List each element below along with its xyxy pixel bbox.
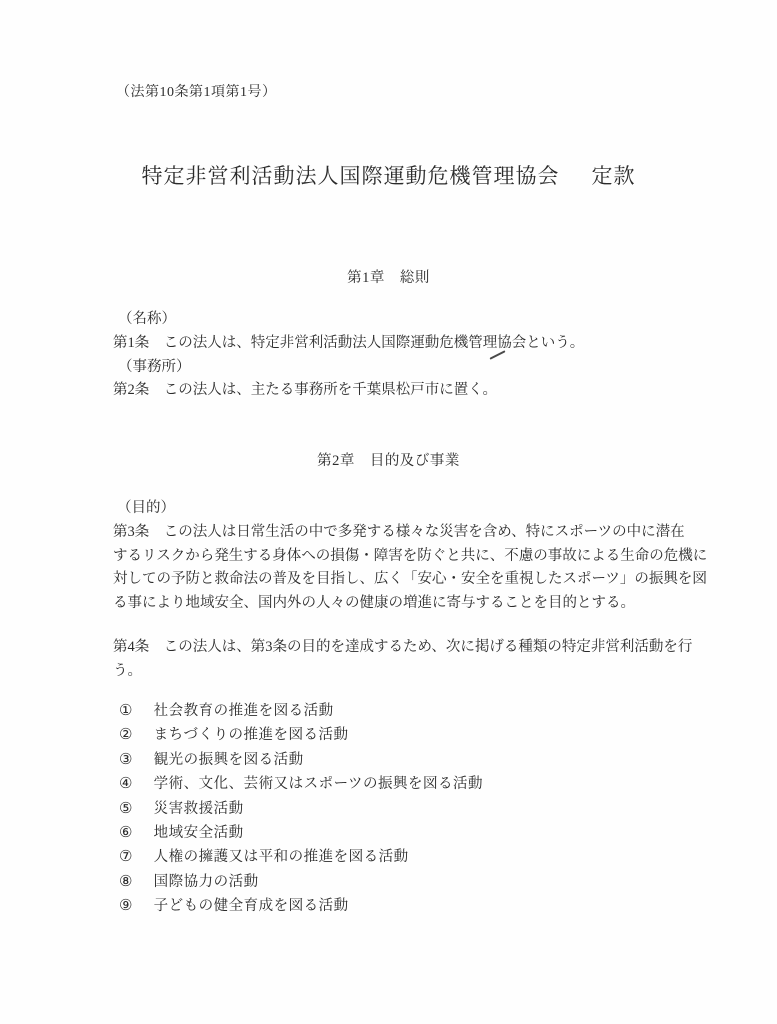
chapter2-heading: 第2章 目的及び事業 [0,449,777,470]
activity-item: ① 社会教育の推進を図る活動 [119,699,679,723]
article1-text: 第1条 この法人は、特定非営利活動法人国際運動危機管理協会という。 [113,332,683,356]
activity-number: ④ [119,772,139,796]
activity-text: 子どもの健全育成を図る活動 [154,894,349,918]
activity-number: ⑤ [119,797,139,821]
article3-text: 第3条 この法人は日常生活の中で多発する様々な災害を含め、特にスポーツの中に潜在… [113,521,683,615]
document-page: （法第10条第1項第1号） 特定非営利活動法人国際運動危機管理協会定款 第1章 … [0,0,777,1024]
activity-number: ⑧ [119,870,139,894]
activity-text: 観光の振興を図る活動 [154,748,304,772]
article1-label: （名称） [113,308,683,332]
activity-text: 人権の擁護又は平和の推進を図る活動 [154,845,409,869]
activity-number: ⑥ [119,821,139,845]
activity-item: ② まちづくりの推進を図る活動 [119,723,679,747]
activity-text: 社会教育の推進を図る活動 [154,699,334,723]
activity-text: まちづくりの推進を図る活動 [154,723,349,747]
law-reference-note: （法第10条第1項第1号） [116,81,277,101]
activity-item: ⑧ 国際協力の活動 [119,870,679,894]
article4-line: 第4条 この法人は、第3条の目的を達成するため、次に掲げる種類の特定非営利活動を… [113,636,683,660]
activity-text: 災害救援活動 [154,797,244,821]
chapter1-heading: 第1章 総則 [0,266,777,287]
article3-line: る事により地域安全、国内外の人々の健康の増進に寄与することを目的とする。 [113,592,683,616]
activity-number: ① [119,699,139,723]
activity-number: ⑨ [119,894,139,918]
activity-item: ⑤ 災害救援活動 [119,797,679,821]
article4-text: 第4条 この法人は、第3条の目的を達成するため、次に掲げる種類の特定非営利活動を… [113,636,683,683]
title-organization-name: 特定非営利活動法人国際運動危機管理協会 [142,164,560,188]
activity-number: ② [119,723,139,747]
activity-item: ⑨ 子どもの健全育成を図る活動 [119,894,679,918]
activity-number: ⑦ [119,845,139,869]
activity-item: ③ 観光の振興を図る活動 [119,748,679,772]
article3-line: するリスクから発生する身体への損傷・障害を防ぐと共に、不慮の事故による生命の危機… [113,545,683,569]
activity-item: ④ 学術、文化、芸術又はスポーツの振興を図る活動 [119,772,679,796]
document-title: 特定非営利活動法人国際運動危機管理協会定款 [0,160,777,190]
activity-list: ① 社会教育の推進を図る活動 ② まちづくりの推進を図る活動 ③ 観光の振興を図… [119,699,679,919]
activity-text: 学術、文化、芸術又はスポーツの振興を図る活動 [154,772,483,796]
activity-item: ⑥ 地域安全活動 [119,821,679,845]
article3-line: 対しての予防と救命法の普及を目指し、広く「安心・安全を重視したスポーツ」の振興を… [113,568,683,592]
article3-line: 第3条 この法人は日常生活の中で多発する様々な災害を含め、特にスポーツの中に潜在 [113,521,683,545]
activity-item: ⑦ 人権の擁護又は平和の推進を図る活動 [119,845,679,869]
article2-label: （事務所） [113,356,683,380]
activity-number: ③ [119,748,139,772]
article4-line: う。 [113,660,683,684]
activity-text: 地域安全活動 [154,821,244,845]
chapter1-articles: （名称） 第1条 この法人は、特定非営利活動法人国際運動危機管理協会という。 （… [113,308,683,403]
title-document-type: 定款 [592,164,636,188]
activity-text: 国際協力の活動 [154,870,259,894]
article3-label: （目的） [117,497,687,521]
article2-text: 第2条 この法人は、主たる事務所を千葉県松戸市に置く。 [113,379,683,403]
